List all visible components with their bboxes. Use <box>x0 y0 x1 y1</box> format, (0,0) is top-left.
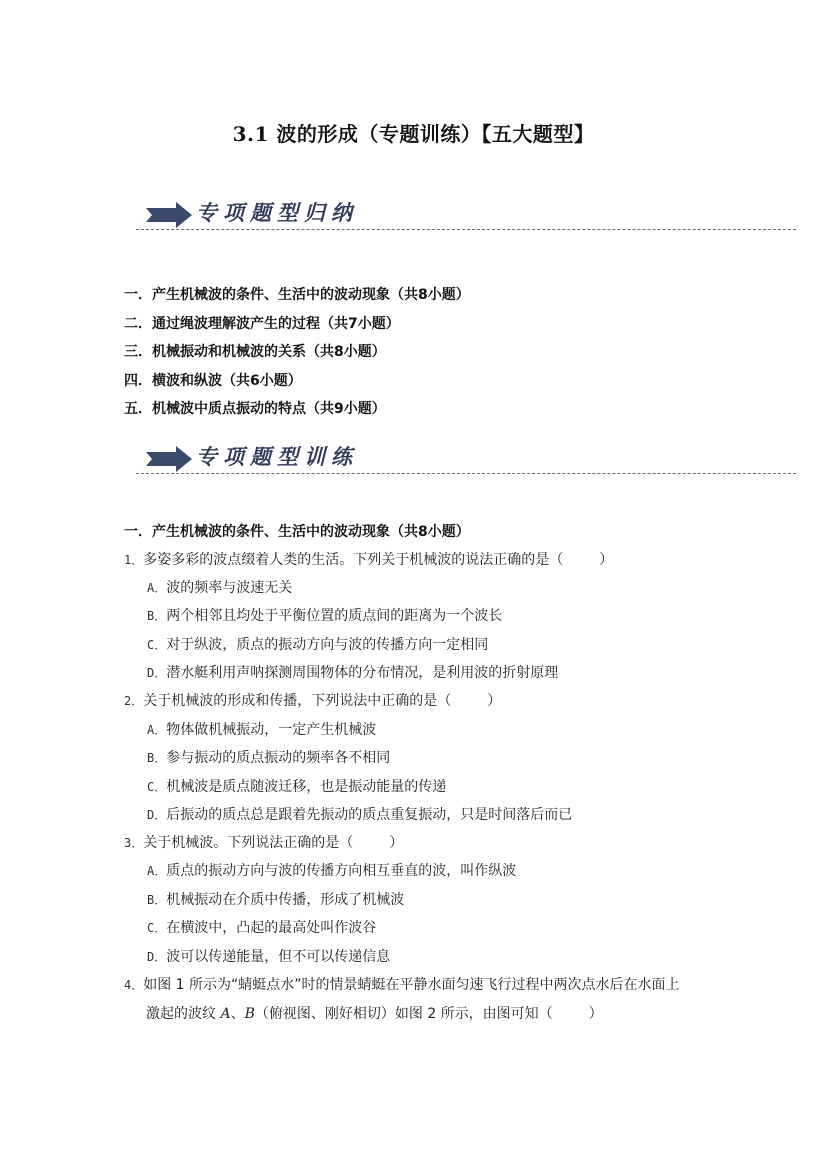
section-heading: 一．产生机械波的条件、生活中的波动现象（共8小题） <box>124 521 470 541</box>
question-stem: 多姿多彩的波点缀着人类的生活。下列关于机械波的说法正确的是（ <box>143 552 563 568</box>
option-label: D． <box>147 666 166 680</box>
option-text: 波的频率与波速无关 <box>166 580 292 596</box>
dashed-divider <box>136 229 796 230</box>
option-b: B．参与振动的质点振动的频率各不相同 <box>147 747 390 769</box>
paren-close: ） <box>487 693 501 709</box>
option-a: A．波的频率与波速无关 <box>147 577 292 599</box>
option-text: 潜水艇利用声呐探测周围物体的分布情况，是利用波的折射原理 <box>166 665 558 681</box>
question-stem: 如图 1 所示为“蜻蜓点水”时的情景蜻蜓在平静水面匀速飞行过程中两次点水后在水面… <box>143 977 679 993</box>
question-stem: 关于机械波的形成和传播，下列说法中正确的是（ <box>143 693 451 709</box>
option-label: A． <box>147 581 166 595</box>
toc-item: 五．机械波中质点振动的特点（共9小题） <box>124 398 470 427</box>
separator: 、 <box>231 1006 245 1022</box>
question-stem-line-2: 激起的波纹 A、B（俯视图、刚好相切）如图 2 所示，由图可知（） <box>124 1000 714 1029</box>
option-text: 对于纵波，质点的振动方向与波的传播方向一定相同 <box>166 637 488 653</box>
option-label: A． <box>147 864 166 878</box>
right-arrow-icon <box>146 446 192 472</box>
toc-item: 四．横波和纵波（共6小题） <box>124 370 470 399</box>
banner-practice: 专项题型训练 <box>136 438 796 478</box>
option-text: 参与振动的质点振动的频率各不相同 <box>166 750 390 766</box>
question-number: 3． <box>124 836 143 850</box>
question-1: 1．多姿多彩的波点缀着人类的生活。下列关于机械波的说法正确的是（） <box>124 549 613 571</box>
banner-title: 专项题型归纳 <box>196 197 358 227</box>
dashed-divider <box>136 473 796 474</box>
option-label: C． <box>147 780 166 794</box>
document-title: 3.1 波的形成（专题训练）【五大题型】 <box>0 118 827 147</box>
option-text: 波可以传递能量，但不可以传递信息 <box>166 949 390 965</box>
stem-text: 激起的波纹 <box>146 1006 220 1022</box>
option-label: B． <box>147 893 166 907</box>
paren-close: ） <box>589 1006 603 1022</box>
right-arrow-icon <box>146 202 192 228</box>
toc-item: 一．产生机械波的条件、生活中的波动现象（共8小题） <box>124 284 470 313</box>
option-b: B．两个相邻且均处于平衡位置的质点间的距离为一个波长 <box>147 605 502 627</box>
option-c: C．机械波是质点随波迁移，也是振动能量的传递 <box>147 776 446 798</box>
toc-item: 三．机械振动和机械波的关系（共8小题） <box>124 341 470 370</box>
question-number: 4． <box>124 978 143 992</box>
option-d: D．潜水艇利用声呐探测周围物体的分布情况，是利用波的折射原理 <box>147 662 558 684</box>
option-c: C．在横波中，凸起的最高处叫作波谷 <box>147 917 376 939</box>
question-number: 2． <box>124 694 143 708</box>
toc-item: 二．通过绳波理解波产生的过程（共7小题） <box>124 313 470 342</box>
option-b: B．机械振动在介质中传播，形成了机械波 <box>147 889 404 911</box>
stem-text: （俯视图、刚好相切）如图 2 所示，由图可知（ <box>255 1006 553 1022</box>
question-number: 1． <box>124 553 143 567</box>
option-text: 在横波中，凸起的最高处叫作波谷 <box>166 920 376 936</box>
question-stem: 关于机械波。下列说法正确的是（ <box>143 835 353 851</box>
option-text: 质点的振动方向与波的传播方向相互垂直的波，叫作纵波 <box>166 863 516 879</box>
table-of-contents: 一．产生机械波的条件、生活中的波动现象（共8小题） 二．通过绳波理解波产生的过程… <box>124 284 470 427</box>
paren-close: ） <box>389 835 403 851</box>
option-label: D． <box>147 950 166 964</box>
question-2: 2．关于机械波的形成和传播，下列说法中正确的是（） <box>124 690 501 712</box>
option-a: A．物体做机械振动，一定产生机械波 <box>147 719 376 741</box>
option-label: C． <box>147 638 166 652</box>
banner-summary: 专项题型归纳 <box>136 194 796 234</box>
variable-b: B <box>245 1006 255 1022</box>
option-text: 后振动的质点总是跟着先振动的质点重复振动，只是时间落后而已 <box>166 807 572 823</box>
option-a: A．质点的振动方向与波的传播方向相互垂直的波，叫作纵波 <box>147 860 516 882</box>
option-text: 两个相邻且均处于平衡位置的质点间的距离为一个波长 <box>166 608 502 624</box>
option-label: C． <box>147 921 166 935</box>
option-text: 物体做机械振动，一定产生机械波 <box>166 722 376 738</box>
paren-close: ） <box>599 552 613 568</box>
question-stem-line-1: 4．如图 1 所示为“蜻蜓点水”时的情景蜻蜓在平静水面匀速飞行过程中两次点水后在… <box>124 971 714 1000</box>
question-4: 4．如图 1 所示为“蜻蜓点水”时的情景蜻蜓在平静水面匀速飞行过程中两次点水后在… <box>124 971 714 1028</box>
option-text: 机械振动在介质中传播，形成了机械波 <box>166 892 404 908</box>
option-label: A． <box>147 723 166 737</box>
banner-title: 专项题型训练 <box>196 441 358 471</box>
option-label: D． <box>147 808 166 822</box>
option-c: C．对于纵波，质点的振动方向与波的传播方向一定相同 <box>147 634 488 656</box>
option-label: B． <box>147 751 166 765</box>
variable-a: A <box>220 1006 230 1022</box>
option-label: B． <box>147 609 166 623</box>
option-text: 机械波是质点随波迁移，也是振动能量的传递 <box>166 779 446 795</box>
question-3: 3．关于机械波。下列说法正确的是（） <box>124 832 403 854</box>
option-d: D．波可以传递能量，但不可以传递信息 <box>147 946 390 968</box>
option-d: D．后振动的质点总是跟着先振动的质点重复振动，只是时间落后而已 <box>147 804 572 826</box>
